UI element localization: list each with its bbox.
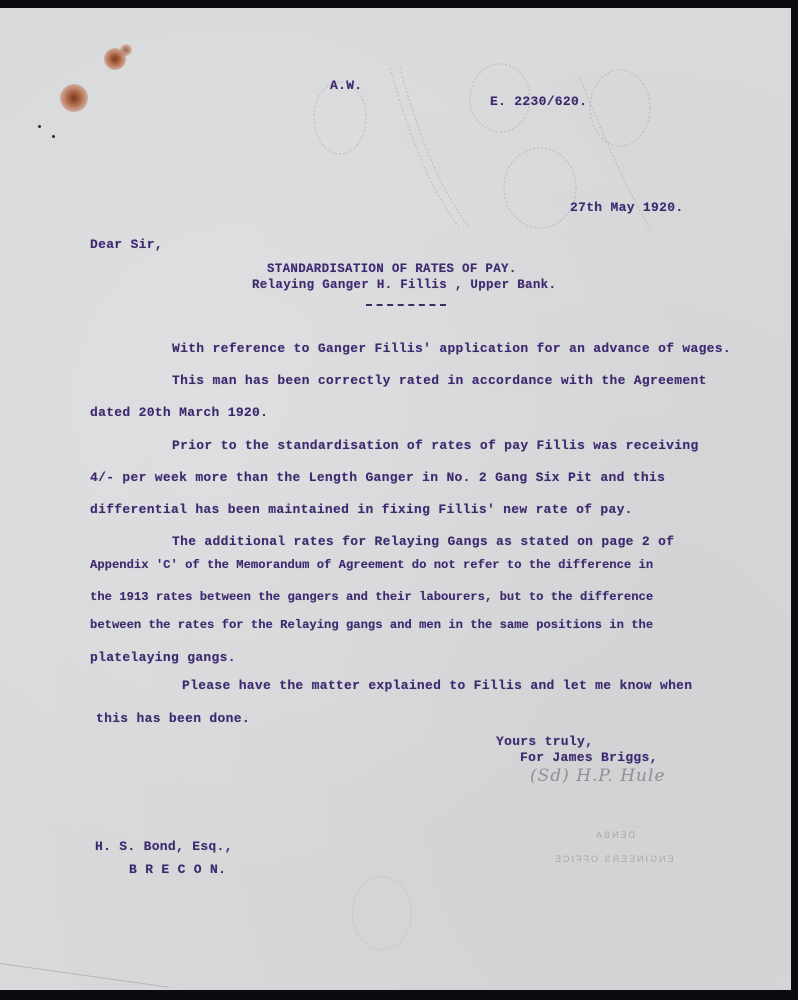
letter-date: 27th May 1920.	[570, 200, 683, 215]
body-line: Please have the matter explained to Fill…	[182, 678, 692, 693]
addressee-place: B R E C O N.	[129, 862, 226, 877]
body-line: 4/- per week more than the Length Ganger…	[90, 470, 665, 485]
faint-stamp	[352, 876, 412, 950]
signatory-line: For James Briggs,	[520, 750, 658, 765]
paper-fold	[0, 963, 168, 988]
body-line: dated 20th March 1920.	[90, 405, 268, 420]
body-line: platelaying gangs.	[90, 650, 236, 665]
rust-stain	[120, 44, 132, 56]
salutation: Dear Sir,	[90, 237, 163, 252]
body-line: this has been done.	[96, 711, 250, 726]
bleed-through-text: DENBA	[594, 830, 635, 840]
subject-line-2: Relaying Ganger H. Fillis , Upper Bank.	[252, 278, 556, 292]
body-line: The additional rates for Relaying Gangs …	[172, 534, 674, 549]
valediction: Yours truly,	[496, 734, 593, 749]
body-line: the 1913 rates between the gangers and t…	[90, 590, 653, 604]
speck	[52, 135, 55, 138]
body-line: between the rates for the Relaying gangs…	[90, 618, 653, 632]
reference-number: E. 2230/620.	[490, 94, 587, 109]
initials: A.W.	[330, 78, 362, 93]
body-line: Appendix 'C' of the Memorandum of Agreem…	[90, 558, 653, 572]
handwritten-signature: (Sd) H.P. Hule	[530, 766, 666, 786]
body-line: Prior to the standardisation of rates of…	[172, 438, 699, 453]
letter-page: A.W. E. 2230/620. 27th May 1920. Dear Si…	[0, 8, 791, 990]
body-line: This man has been correctly rated in acc…	[172, 373, 707, 388]
subject-underline	[366, 304, 446, 306]
rust-stain	[60, 84, 88, 112]
body-line: differential has been maintained in fixi…	[90, 502, 633, 517]
body-line: With reference to Ganger Fillis' applica…	[172, 341, 731, 356]
speck	[38, 125, 41, 128]
addressee-name: H. S. Bond, Esq.,	[95, 839, 233, 854]
subject-line-1: STANDARDISATION OF RATES OF PAY.	[267, 262, 517, 276]
bleed-through-text: ENGINEERS OFFICE	[553, 854, 674, 864]
